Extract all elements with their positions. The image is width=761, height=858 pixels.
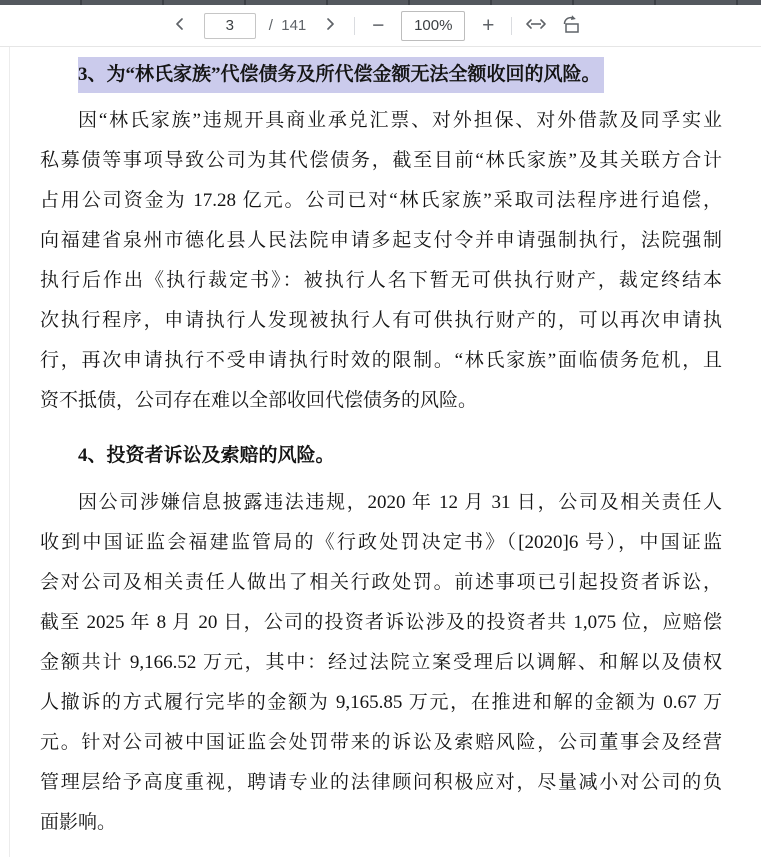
paragraph-line: 资不抵债，公司存在难以全部收回代偿债务的风险。: [40, 381, 722, 421]
paragraph-line: 因公司涉嫌信息披露违法违规，2020 年 12 月 31 日，公司及相关责任人: [40, 483, 722, 523]
paragraph-line: 次执行程序，申请执行人发现被执行人有可供执行财产的，可以再次申请执: [40, 301, 722, 341]
paragraph-line: 面影响。: [40, 803, 722, 843]
zoom-level-input[interactable]: [401, 11, 465, 41]
paragraph-line: 元。针对公司被中国证监会处罚带来的诉讼及索赔风险，公司董事会及经营: [40, 723, 722, 763]
paragraph-line: 会对公司及相关责任人做出了相关行政处罚。前述事项已引起投资者诉讼，: [40, 563, 722, 603]
section-heading-3: 3、为“林氏家族”代偿债务及所代偿金额无法全额收回的风险。: [40, 57, 722, 92]
paragraph-line: 行，再次申请执行不受申请执行时效的限制。“林氏家族”面临债务危机，且: [40, 341, 722, 381]
rotate-page-button[interactable]: [560, 13, 582, 39]
pdf-page[interactable]: 3、为“林氏家族”代偿债务及所代偿金额无法全额收回的风险。 因“林氏家族”违规开…: [0, 47, 761, 857]
chevron-left-icon: [173, 17, 187, 34]
paragraph-line: 收到中国证监会福建监管局的《行政处罚决定书》（[2020]6 号），中国证监: [40, 523, 722, 563]
heading-text: 4、投资者诉讼及索赔的风险。: [78, 445, 335, 466]
paragraph-line: 人撤诉的方式履行完毕的金额为 9,165.85 万元，在推进和解的金额为 0.6…: [40, 683, 722, 723]
page-left-edge: [9, 47, 10, 857]
page-count-label: / 141: [269, 17, 307, 34]
paragraph-line: 金额共计 9,166.52 万元，其中：经过法院立案受理后以调解、和解以及债权: [40, 643, 722, 683]
paragraph-line: 截至 2025 年 8 月 20 日，公司的投资者诉讼涉及的投资者共 1,075…: [40, 603, 722, 643]
paragraph-1: 因“林氏家族”违规开具商业承兑汇票、对外担保、对外借款及同孚实业 私募债等事项导…: [40, 101, 722, 421]
paragraph-line: 向福建省泉州市德化县人民法院申请多起支付令并申请强制执行，法院强制: [40, 221, 722, 261]
paragraph-line: 管理层给予高度重视，聘请专业的法律顾问积极应对，尽量减小对公司的负: [40, 763, 722, 803]
pdf-toolbar: / 141 − +: [0, 5, 761, 47]
paragraph-line: 私募债等事项导致公司为其代偿债务，截至目前“林氏家族”及其关联方合计: [40, 141, 722, 181]
next-page-button[interactable]: [319, 13, 341, 39]
section-heading-4: 4、投资者诉讼及索赔的风险。: [40, 438, 722, 473]
rotate-clockwise-icon: [560, 14, 582, 37]
fit-width-button[interactable]: [525, 13, 547, 39]
paragraph-line: 占用公司资金为 17.28 亿元。公司已对“林氏家族”采取司法程序进行追偿，: [40, 181, 722, 221]
fit-width-icon: [525, 18, 547, 33]
previous-page-button[interactable]: [169, 13, 191, 39]
zoom-out-button[interactable]: −: [368, 13, 388, 39]
paragraph-2: 因公司涉嫌信息披露违法违规，2020 年 12 月 31 日，公司及相关责任人 …: [40, 483, 722, 843]
toolbar-divider: [354, 17, 355, 35]
paragraph-line: 因“林氏家族”违规开具商业承兑汇票、对外担保、对外借款及同孚实业: [40, 101, 722, 141]
paragraph-line: 执行后作出《执行裁定书》：被执行人名下暂无可供执行财产，裁定终结本: [40, 261, 722, 301]
page-number-input[interactable]: [204, 13, 256, 39]
toolbar-divider: [511, 17, 512, 35]
chevron-right-icon: [323, 17, 337, 34]
highlighted-heading-text: 3、为“林氏家族”代偿债务及所代偿金额无法全额收回的风险。: [78, 57, 604, 93]
zoom-in-button[interactable]: +: [478, 13, 498, 39]
